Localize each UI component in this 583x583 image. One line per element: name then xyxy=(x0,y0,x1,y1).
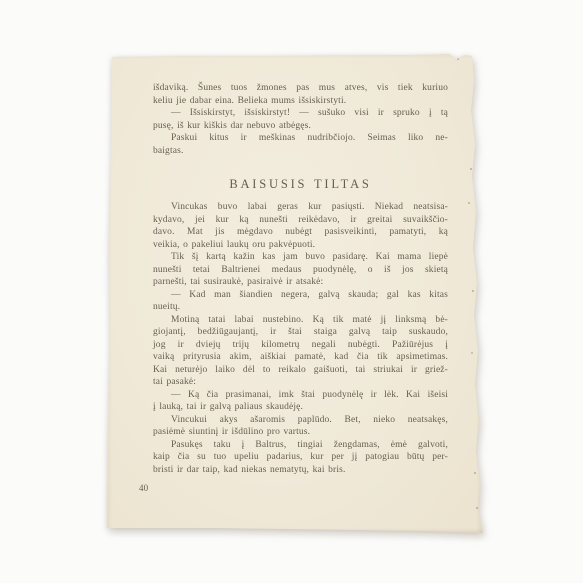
text-line: jog ir dviejų trijų kilometrų negali nub… xyxy=(153,339,448,352)
text-line: Motiną tatai labai nustebino. Ką tik mat… xyxy=(153,314,448,327)
text-line: baigtas. xyxy=(153,145,448,158)
text-line: kydavo, jei kur ką nunešti reikėdavo, ir… xyxy=(153,214,448,227)
text-line: keliu jie dabar eina. Belieka mums išsis… xyxy=(153,95,448,108)
text-line: kaip čia su tuo upeliu padarius, kur per… xyxy=(153,451,448,464)
paragraph: Pasukęs taku į Baltrus, tingiai žengdama… xyxy=(153,439,448,477)
text-line: giojantį, bedžiūgaujantį, ir štai staiga… xyxy=(153,326,448,339)
chapter-title: BAISUSIS TILTAS xyxy=(153,177,448,192)
text-line: tai pasakė: xyxy=(153,376,448,389)
text-line: parnešti, tai susiraukė, pasiraivė ir at… xyxy=(153,276,448,289)
text-line: davo. Mat jis mėgdavo nubėgt pasisveikin… xyxy=(153,226,448,239)
continuation-paragraphs: išdaviką. Šunes tuos žmones pas mus atve… xyxy=(153,82,448,157)
text-line: Vincukas buvo labai geras kur pasiųsti. … xyxy=(153,201,448,214)
text-line: išdaviką. Šunes tuos žmones pas mus atve… xyxy=(153,82,448,95)
text-line: bristi ir dar taip, kad niekas nematytų,… xyxy=(153,464,448,477)
page-number: 40 xyxy=(139,482,448,495)
text-line: Vincukui akys ašaromis paplūdo. Bet, nie… xyxy=(153,414,448,427)
text-line: Pasukęs taku į Baltrus, tingiai žengdama… xyxy=(153,439,448,452)
page-shadow: išdaviką. Šunes tuos žmones pas mus atve… xyxy=(105,52,485,537)
text-line: nunešti tetai Baltrienei medaus puodynėl… xyxy=(153,264,448,277)
paper-edge-specks xyxy=(105,52,107,54)
text-line: į lauką, tai ir galvą paliaus skaudėję. xyxy=(153,401,448,414)
text-line: — Ką čia prasimanai, imk štai puodynėlę … xyxy=(153,389,448,402)
text-line: Paskui kitus ir meškinas nudribčiojo. Se… xyxy=(153,132,448,145)
text-line: — Kad man šiandien negera, galvą skauda;… xyxy=(153,289,448,302)
paragraph: Motiną tatai labai nustebino. Ką tik mat… xyxy=(153,314,448,389)
text-line: Tik šį kartą kažin kas jam buvo pasidarę… xyxy=(153,251,448,264)
paragraph: Vincukas buvo labai geras kur pasiųsti. … xyxy=(153,201,448,251)
text-line: nueitų. xyxy=(153,301,448,314)
paragraph: Paskui kitus ir meškinas nudribčiojo. Se… xyxy=(153,132,448,157)
text-line: pusę, iš kur kiškis dar nebuvo atbėgęs. xyxy=(153,120,448,133)
photo-background: išdaviką. Šunes tuos žmones pas mus atve… xyxy=(0,0,583,583)
text-line: Kai neturėjo laiko dėl to reikalo gaišuo… xyxy=(153,364,448,377)
paragraph: — Išsiskirstyt, išsiskirstyt! — sušuko v… xyxy=(153,107,448,132)
paragraph: išdaviką. Šunes tuos žmones pas mus atve… xyxy=(153,82,448,107)
page-text-block: išdaviką. Šunes tuos žmones pas mus atve… xyxy=(153,82,448,495)
text-line: veikia, o pakeliui laukų oru pakvėpuoti. xyxy=(153,239,448,252)
book-page: išdaviką. Šunes tuos žmones pas mus atve… xyxy=(105,52,485,537)
paragraph: Vincukui akys ašaromis paplūdo. Bet, nie… xyxy=(153,414,448,439)
paragraph: — Kad man šiandien negera, galvą skauda;… xyxy=(153,289,448,314)
chapter-paragraphs: Vincukas buvo labai geras kur pasiųsti. … xyxy=(153,201,448,476)
text-line: pasiėmė siuntinį ir išdūlino pro vartus. xyxy=(153,426,448,439)
paragraph: — Ką čia prasimanai, imk štai puodynėlę … xyxy=(153,389,448,414)
text-line: vaiką prityrusia akim, aiškiai pamatė, k… xyxy=(153,351,448,364)
paragraph: Tik šį kartą kažin kas jam buvo pasidarę… xyxy=(153,251,448,289)
text-line: — Išsiskirstyt, išsiskirstyt! — sušuko v… xyxy=(153,107,448,120)
